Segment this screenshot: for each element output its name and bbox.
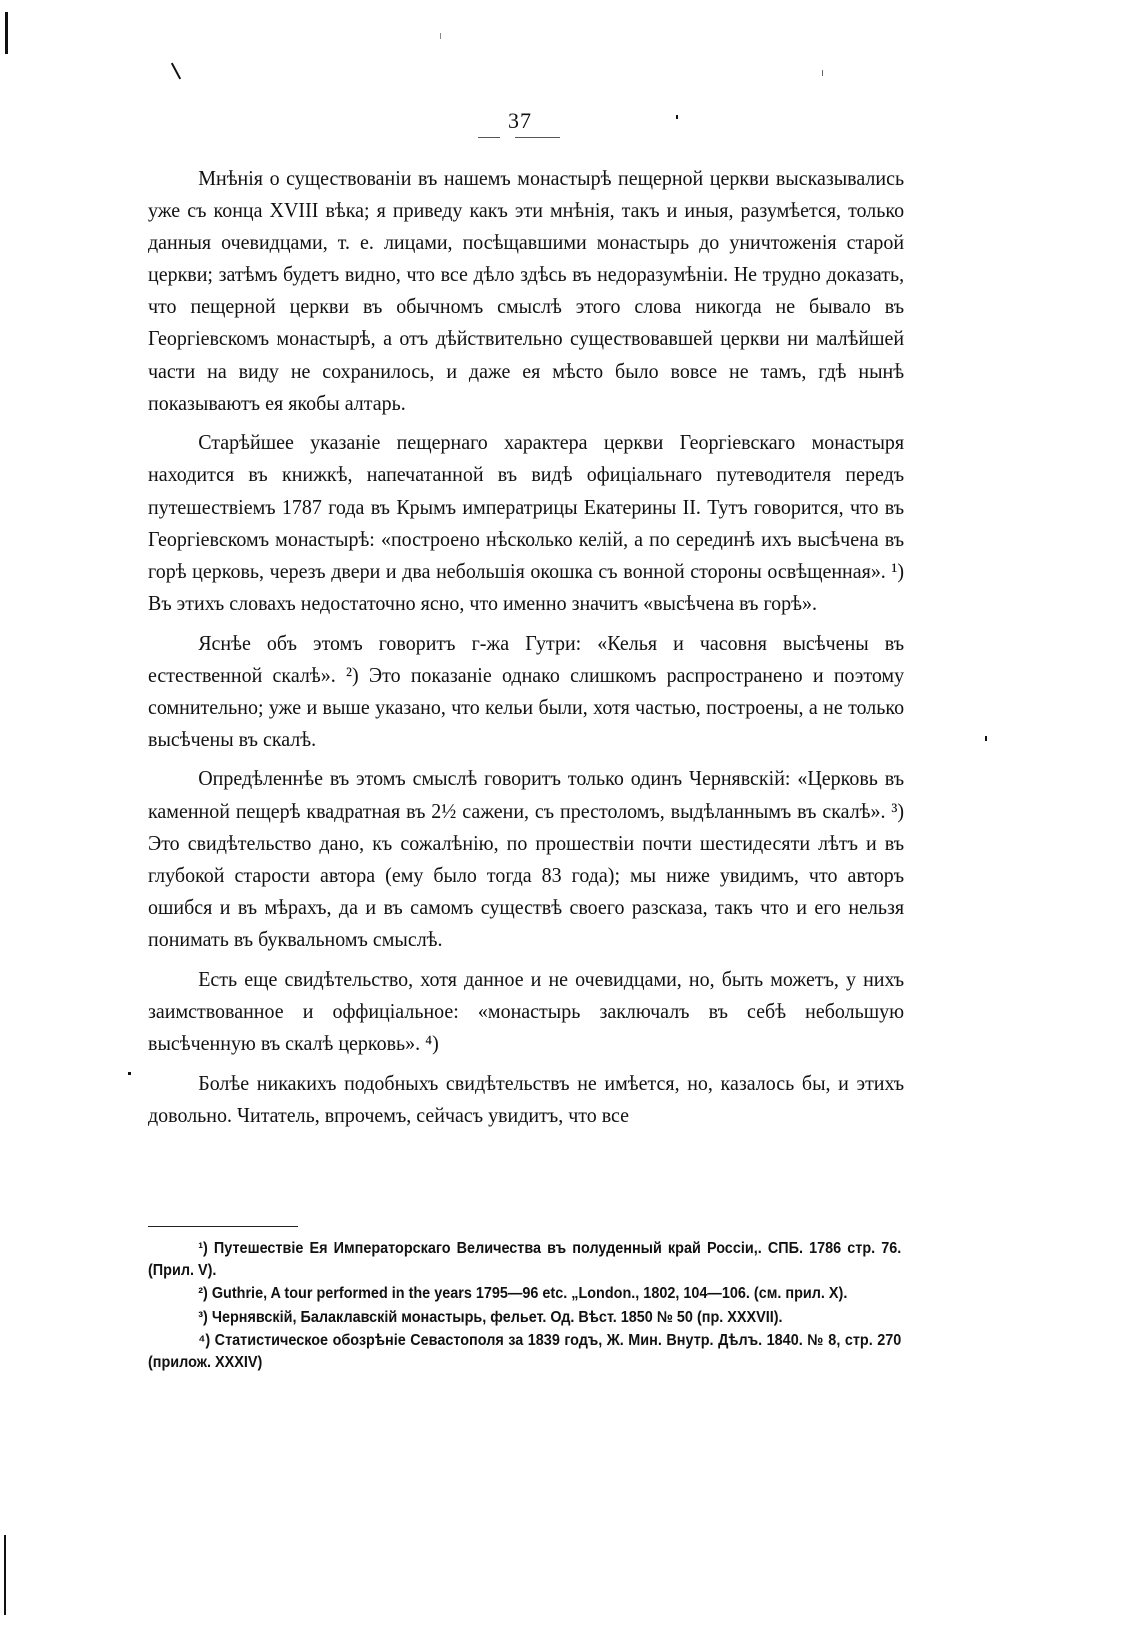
page-number: 37 (508, 108, 532, 134)
scan-speck (128, 1072, 131, 1075)
footnote: ³) Чернявскій, Балаклавскій монастырь, ф… (148, 1307, 901, 1329)
page-number-rule (478, 137, 500, 138)
page-number-rule (515, 137, 560, 138)
scan-speck (676, 115, 678, 119)
scan-edge-mark (4, 1535, 6, 1615)
scan-edge-mark (5, 12, 8, 54)
paragraph: Есть еще свидѣтельство, хотя данное и не… (148, 963, 904, 1059)
footnote: ¹) Путешествіе Ея Императорскаго Величес… (148, 1238, 901, 1281)
body-text: Мнѣнія о существованіи въ нашемъ монасты… (148, 162, 904, 1138)
scan-speck (822, 70, 823, 76)
scan-speck (171, 63, 181, 80)
scan-speck (985, 736, 987, 741)
paragraph: Опредѣленнѣе въ этомъ смыслѣ говоритъ то… (148, 762, 904, 955)
paragraph: Болѣе никакихъ подобныхъ свидѣтельствъ н… (148, 1067, 904, 1131)
footnote: ²) Guthrie, A tour performed in the year… (148, 1283, 901, 1305)
paragraph: Яснѣе объ этомъ говоритъ г-жа Гутри: «Ке… (148, 627, 904, 755)
footnote-separator (148, 1226, 298, 1227)
footnotes: ¹) Путешествіе Ея Императорскаго Величес… (148, 1238, 901, 1375)
paragraph: Мнѣнія о существованіи въ нашемъ монасты… (148, 162, 904, 419)
paragraph: Старѣйшее указаніе пещернаго характера ц… (148, 426, 904, 619)
scanned-page: 37 Мнѣнія о существованіи въ нашемъ мона… (0, 0, 1140, 1627)
scan-speck (440, 33, 441, 39)
footnote: ⁴) Статистическое обозрѣніе Севастополя … (148, 1330, 901, 1373)
